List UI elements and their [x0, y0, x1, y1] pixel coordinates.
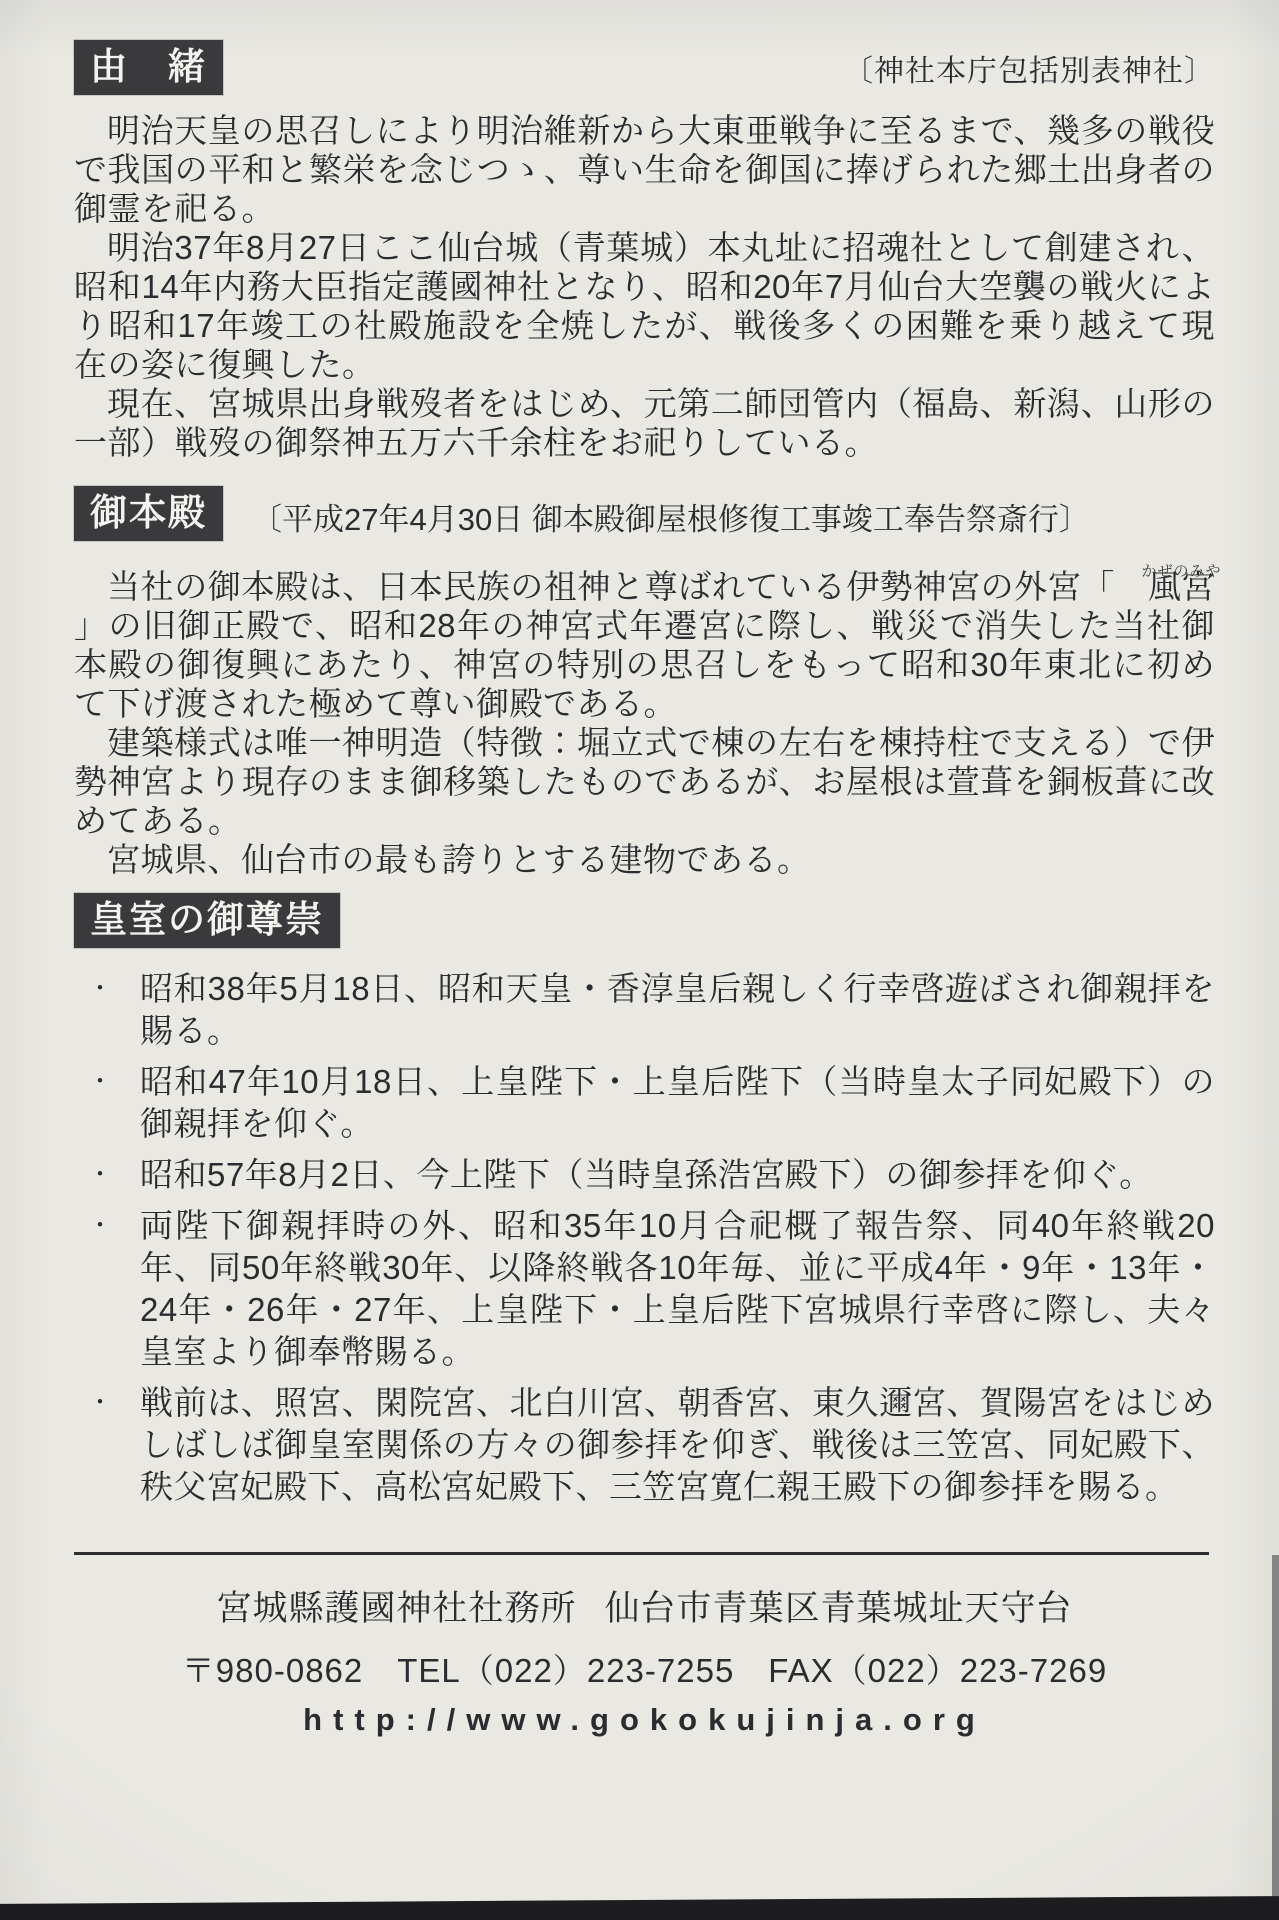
yuisho-header-row: 由 緒 〔神社本庁包括別表神社〕: [74, 40, 1215, 95]
bullet-text: 戦前は、照宮、閑院宮、北白川宮、朝香宮、東久邇宮、賀陽宮をはじめしばしば御皇室関…: [140, 1382, 1215, 1508]
document-page: 由 緒 〔神社本庁包括別表神社〕 明治天皇の思召しにより明治維新から大東亜戦争に…: [0, 0, 1279, 1920]
bullet-marker: ・: [74, 1061, 140, 1145]
bullet-marker: ・: [74, 968, 140, 1052]
koshitsu-header-row: 皇室の御尊崇: [74, 893, 1215, 948]
gohonden-paragraph-2: 建築様式は唯一神明造（特徴：堀立式で棟の左右を棟持柱で支える）で伊勢神宮より現存…: [74, 723, 1215, 840]
shrine-address: 仙台市青葉区青葉城址天守台: [605, 1589, 1073, 1628]
bullet-marker: ・: [74, 1382, 140, 1508]
bullet-text: 昭和57年8月2日、今上陛下（当時皇孫浩宮殿下）の御参拝を仰ぐ。: [140, 1154, 1215, 1196]
photo-bottom-edge: [0, 1896, 1279, 1920]
footer-divider: [74, 1552, 1209, 1555]
bullet-marker: ・: [74, 1154, 140, 1196]
bullet-list: ・ 昭和38年5月18日、昭和天皇・香淳皇后親しく行幸啓遊ばされ御親拝を賜る。 …: [74, 968, 1215, 1508]
shrine-classification-note: 〔神社本庁包括別表神社〕: [843, 46, 1215, 90]
photo-right-edge: [1272, 1555, 1279, 1912]
bullet-text: 両陛下御親拝時の外、昭和35年10月合祀概了報告祭、同40年終戦20年、同50年…: [140, 1205, 1215, 1373]
bullet-item: ・ 昭和57年8月2日、今上陛下（当時皇孫浩宮殿下）の御参拝を仰ぐ。: [74, 1154, 1215, 1196]
bullet-text: 昭和47年10月18日、上皇陛下・上皇后陛下（当時皇太子同妃殿下）の御親拝を仰ぐ…: [140, 1061, 1215, 1145]
postal-tel-fax-line: 〒980-0862 TEL（022）223-7255 FAX（022）223-7…: [74, 1645, 1215, 1692]
bullet-item: ・ 戦前は、照宮、閑院宮、北白川宮、朝香宮、東久邇宮、賀陽宮をはじめしばしば御皇…: [74, 1382, 1215, 1508]
yuisho-paragraph-2: 明治37年8月27日ここ仙台城（青葉城）本丸址に招魂社として創建され、昭和14年…: [74, 228, 1215, 384]
yuisho-section: 明治天皇の思召しにより明治維新から大東亜戦争に至るまで、幾多の戦役で我国の平和と…: [74, 111, 1215, 462]
koshitsu-title-badge: 皇室の御尊崇: [74, 893, 340, 948]
gohonden-section: 当社の御本殿は、日本民族の祖神と尊ばれている伊勢神宮の外宮「風宮かぜのみや」の旧…: [74, 557, 1215, 879]
ruby-annotation: 風宮かぜのみや: [1115, 567, 1215, 606]
bullet-item: ・ 両陛下御親拝時の外、昭和35年10月合祀概了報告祭、同40年終戦20年、同5…: [74, 1205, 1215, 1373]
ruby-furigana: かぜのみや: [1108, 552, 1221, 591]
footer-office-line: 宮城縣護國神社社務所仙台市青葉区青葉城址天守台: [74, 1581, 1215, 1631]
footer: 宮城縣護國神社社務所仙台市青葉区青葉城址天守台 〒980-0862 TEL（02…: [74, 1581, 1215, 1738]
gohonden-p1-post: 」の旧御正殿で、昭和28年の神宮式年遷宮に際し、戦災で消失した当社御本殿の御復興…: [74, 607, 1215, 722]
yuisho-paragraph-3: 現在、宮城県出身戦歿者をはじめ、元第二師団管内（福島、新潟、山形の一部）戦歿の御…: [74, 384, 1215, 462]
gohonden-title-badge: 御本殿: [74, 486, 223, 541]
website-url: http://www.gokokujinja.org: [74, 1702, 1215, 1738]
gohonden-header-row: 御本殿 〔平成27年4月30日 御本殿御屋根修復工事竣工奉告祭斎行〕: [74, 486, 1215, 541]
bullet-text: 昭和38年5月18日、昭和天皇・香淳皇后親しく行幸啓遊ばされ御親拝を賜る。: [140, 968, 1215, 1052]
bullet-item: ・ 昭和47年10月18日、上皇陛下・上皇后陛下（当時皇太子同妃殿下）の御親拝を…: [74, 1061, 1215, 1145]
yuisho-title-badge: 由 緒: [74, 40, 223, 95]
gohonden-paragraph-3: 宮城県、仙台市の最も誇りとする建物である。: [74, 840, 1215, 879]
bullet-item: ・ 昭和38年5月18日、昭和天皇・香淳皇后親しく行幸啓遊ばされ御親拝を賜る。: [74, 968, 1215, 1052]
gohonden-paragraph-1: 当社の御本殿は、日本民族の祖神と尊ばれている伊勢神宮の外宮「風宮かぜのみや」の旧…: [74, 557, 1215, 723]
gohonden-date-note: 〔平成27年4月30日 御本殿御屋根修復工事竣工奉告祭斎行〕: [251, 494, 1090, 541]
yuisho-paragraph-1: 明治天皇の思召しにより明治維新から大東亜戦争に至るまで、幾多の戦役で我国の平和と…: [74, 111, 1215, 228]
bullet-marker: ・: [74, 1205, 140, 1373]
gohonden-p1-pre: 当社の御本殿は、日本民族の祖神と尊ばれている伊勢神宮の外宮「: [107, 568, 1115, 605]
shrine-office-name: 宮城縣護國神社社務所: [216, 1589, 576, 1628]
